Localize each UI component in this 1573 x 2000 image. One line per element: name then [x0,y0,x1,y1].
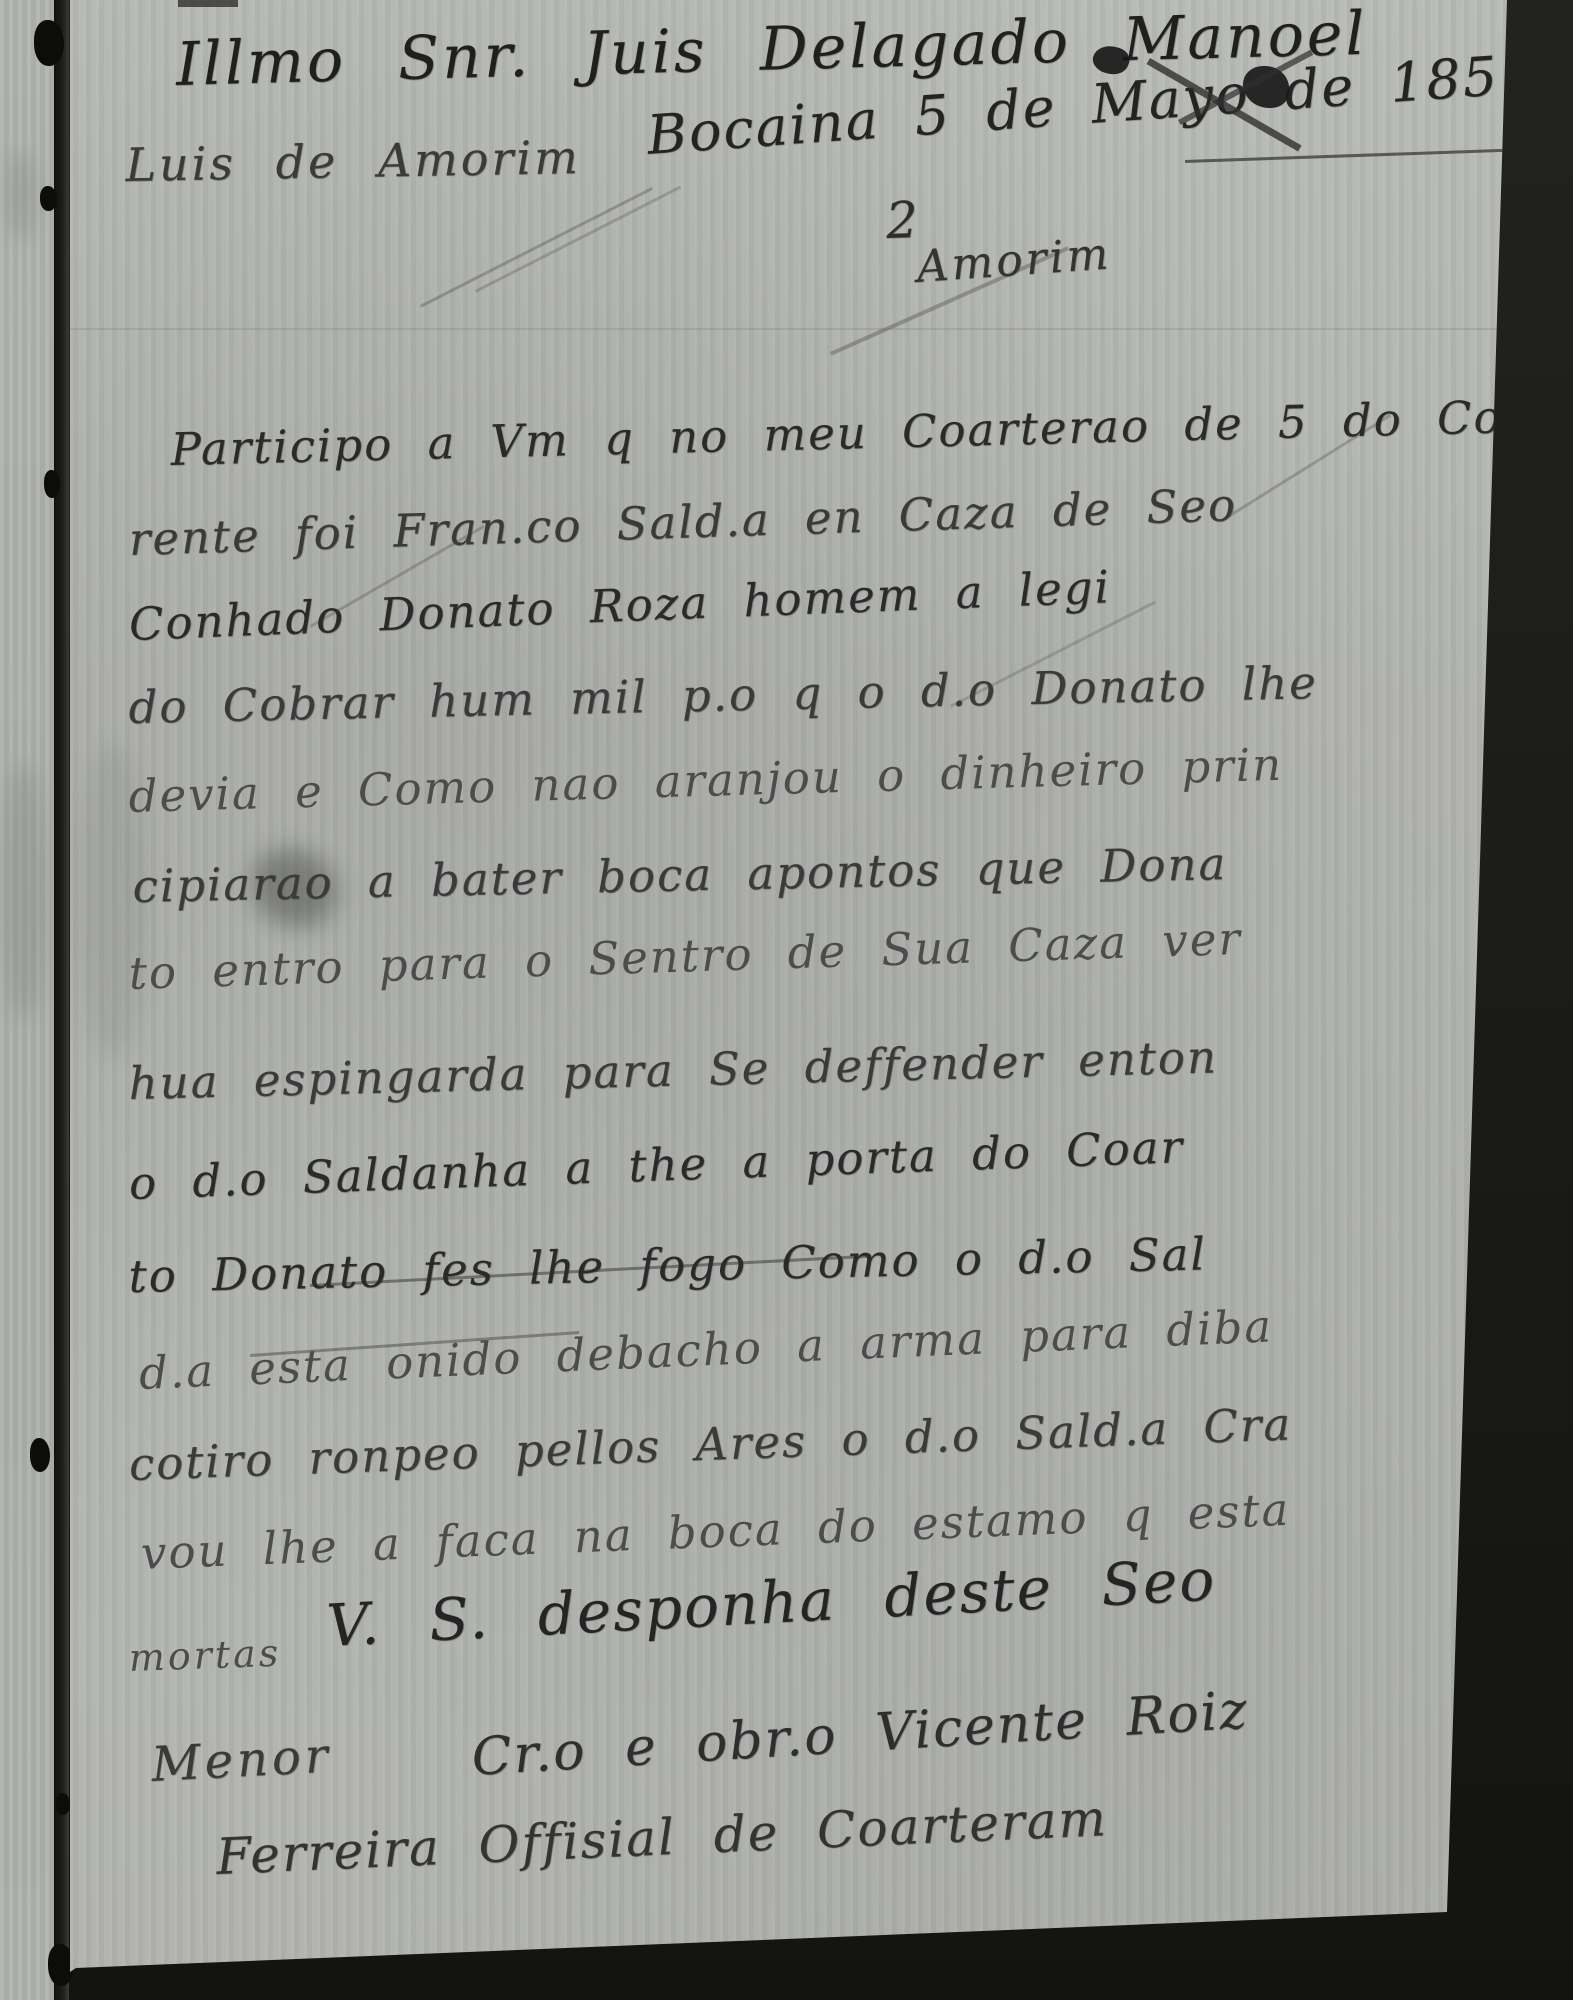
annotation-amorim: Amorim [915,228,1113,292]
body-line: mortas [128,1631,282,1680]
body-line: d.a esta onido debacho a arma para diba [138,1299,1274,1399]
binding-mark [44,470,60,498]
scratch-mark [420,187,653,308]
signature-name: Ferreira Offisial de Coarteram [215,1789,1109,1886]
body-line: rente foi Fran.co Sald.a en Caza de Seo [128,478,1238,566]
paper-edge-shadow [178,0,238,7]
sender-line: Luis de Amorim [125,130,581,192]
binding-mark [56,1793,70,1815]
binding-mark [40,186,57,211]
body-line: cotiro ronpeo pellos Ares o d.o Sald.a C… [128,1397,1293,1491]
body-line: do Cobrar hum mil p.o q o d.o Donato lhe [128,656,1318,734]
paper-stain [6,150,36,240]
binding-mark [30,1438,50,1472]
page-number: 2 [885,191,919,250]
binding-mark [34,20,64,66]
body-line: to Donato fes lhe fogo Como o d.o Sal [128,1227,1207,1303]
signature-role: Cr.o e obr.o Vicente Roiz [470,1681,1250,1788]
binding-gutter [54,0,69,2000]
letter-page: Illmo Snr. Juis Delagado Manoel Luis de … [70,0,1515,2000]
paper-crease [70,328,1507,330]
body-line: o d.o Saldanha a the a porta do Coar [128,1120,1185,1210]
date-underline [1185,149,1507,163]
body-line: Participo a Vm q no meu Coarterao de 5 d… [170,390,1527,476]
scanned-letter-page: { "scan": { "colors": { "paper": "#b4b6b… [0,0,1573,2000]
body-line: devia e Como nao aranjou o dinheiro prin [128,738,1284,823]
scratch-mark [475,186,681,293]
paper-stain [2,760,46,1020]
body-line: hua espingarda para Se deffender enton [128,1030,1218,1110]
body-line: Conhado Donato Roza homem a legi [128,560,1112,651]
closing-menor: Menor [150,1728,333,1793]
